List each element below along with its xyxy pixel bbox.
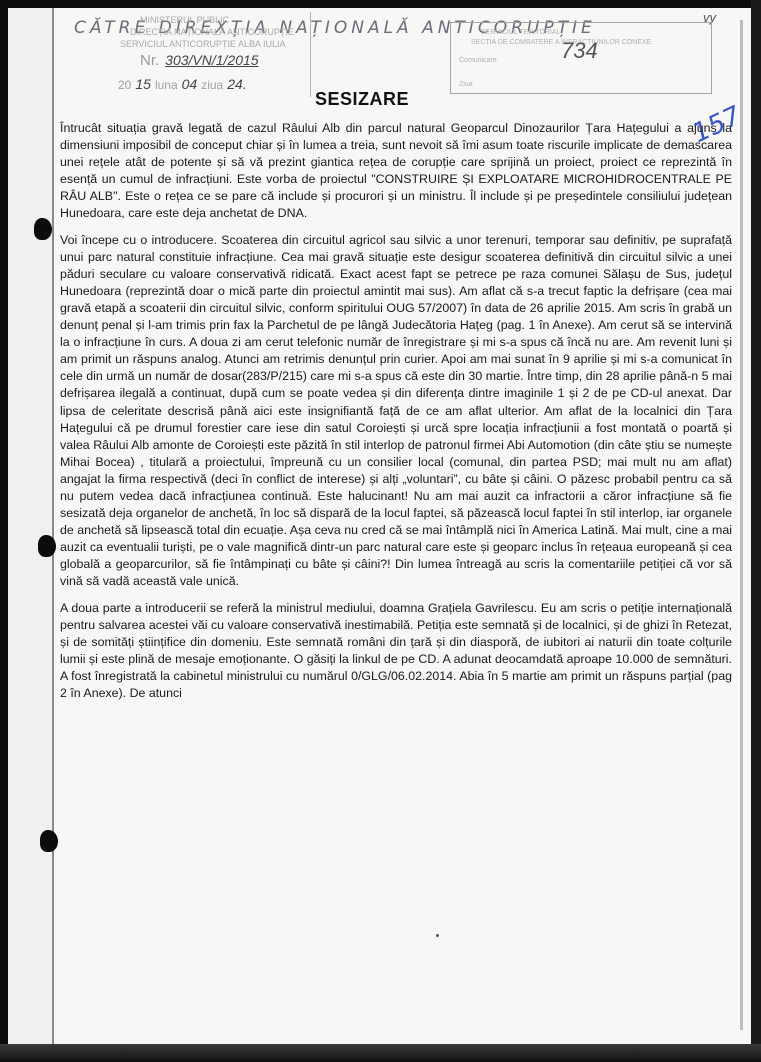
secondary-stamp: SERVICIUL TERITORIAL SECȚIA DE COMBATERE… (450, 22, 712, 94)
stamp-luna-label: luna (155, 78, 178, 92)
stamp-nr-value: 303/VN/1/2015 (165, 52, 258, 68)
stamp-year: 15 (135, 76, 151, 92)
page-edge-shadow (740, 20, 743, 1030)
punch-hole (40, 830, 58, 852)
stamp-month: 04 (182, 76, 198, 92)
scan-border-left (0, 0, 8, 1062)
speck (436, 934, 439, 937)
punch-hole (34, 218, 52, 240)
stamp-nr-label: Nr. (140, 52, 159, 69)
document-title: SESIZARE (315, 89, 409, 110)
scan-border-right (751, 0, 761, 1062)
stamp-ziua-label: ziua (201, 78, 223, 92)
stamp-number-row: Nr.303/VN/1/2015 (140, 54, 259, 67)
scan-border-top (0, 0, 761, 8)
stamp2-ziua-label: Ziua (459, 79, 473, 91)
stamp-date-row: 2015luna04ziua24. (118, 78, 251, 91)
paragraph-1: Întrucât situația gravă legată de cazul … (60, 120, 732, 223)
stamp-date-prefix: 20 (118, 78, 131, 92)
stamp-institution: MINISTERUL PUBLIC (140, 14, 229, 26)
stamp-directorate: DIRECȚIA NAȚIONALĂ ANTICORUPȚIE (130, 26, 294, 38)
paragraph-3: A doua parte a introducerii se referă la… (60, 600, 732, 703)
scan-border-bottom (0, 1044, 761, 1062)
stamp2-handwritten-number: 734 (561, 45, 598, 57)
stamp-service: SERVICIUL ANTICORUPȚIE ALBA IULIA (120, 38, 286, 50)
binding-margin (8, 8, 54, 1044)
registration-stamp: MINISTERUL PUBLIC DIRECȚIA NAȚIONALĂ ANT… (110, 12, 311, 97)
document-body: Întrucât situația gravă legată de cazul … (60, 120, 732, 711)
paragraph-2: Voi începe cu o introducere. Scoaterea d… (60, 232, 732, 591)
stamp-day: 24. (227, 76, 246, 92)
stamp2-line3: Comunicare (459, 55, 497, 67)
punch-hole (38, 535, 56, 557)
